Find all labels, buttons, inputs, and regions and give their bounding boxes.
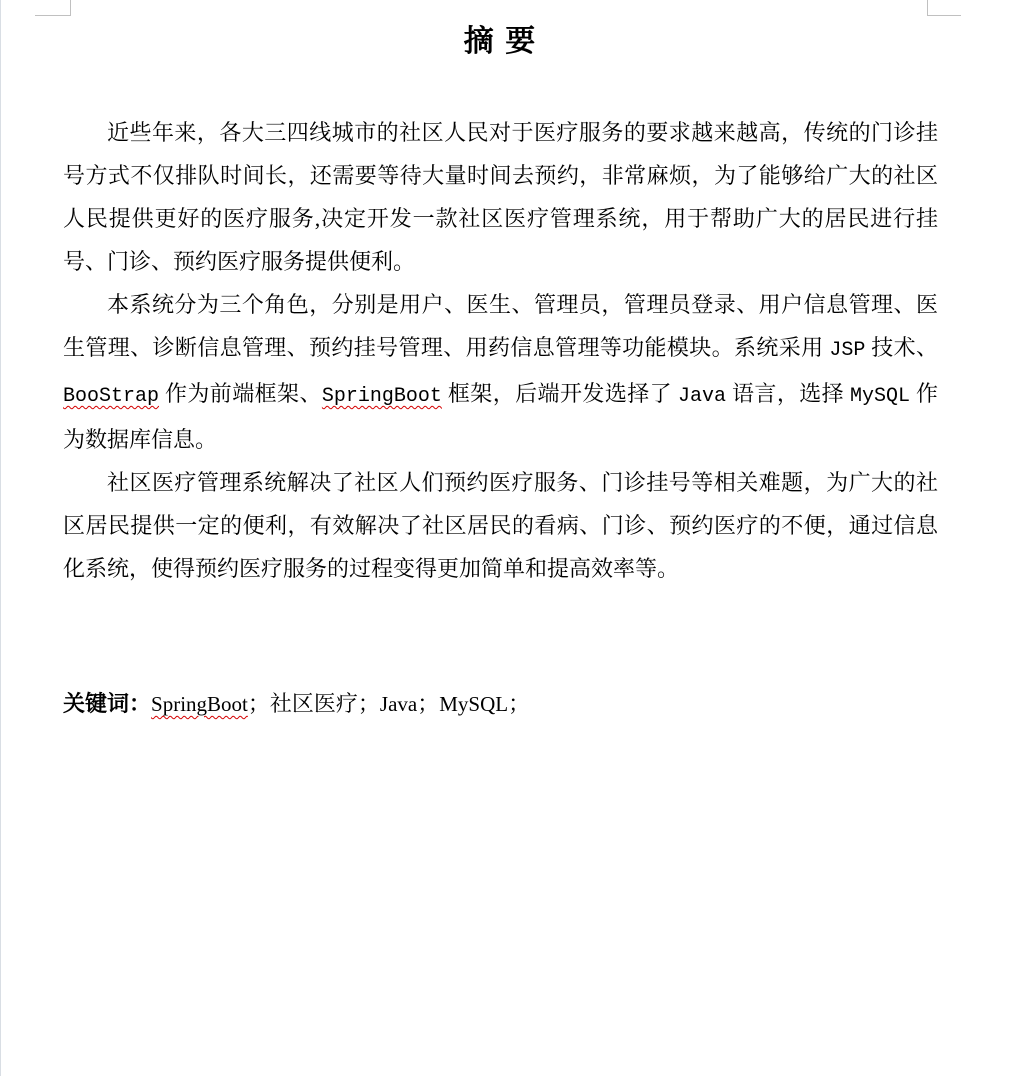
text-segment: BooStrap [63, 385, 159, 408]
text-segment: MySQL [850, 385, 910, 408]
abstract-paragraph-2: 本系统分为三个角色，分别是用户、医生、管理员，管理员登录、用户信息管理、医生管理… [63, 283, 938, 461]
text-segment: MySQL [439, 692, 508, 716]
text-segment: ；社区医疗； [248, 691, 380, 716]
margin-crop-mark-top-right [927, 0, 961, 16]
text-segment: 框架，后端开发选择了 [442, 381, 678, 406]
text-segment: JSP [829, 339, 865, 362]
text-segment: 社区医疗管理系统解决了社区人们预约医疗服务、门诊挂号等相关难题，为广大的社区居民… [63, 470, 938, 581]
abstract-paragraph-1: 近些年来，各大三四线城市的社区人民对于医疗服务的要求越来越高，传统的门诊挂号方式… [63, 111, 938, 283]
abstract-paragraph-3: 社区医疗管理系统解决了社区人们预约医疗服务、门诊挂号等相关难题，为广大的社区居民… [63, 461, 938, 590]
text-segment: 近些年来，各大三四线城市的社区人民对于医疗服务的要求越来越高，传统的门诊挂号方式… [63, 120, 938, 274]
margin-crop-mark-top-left [35, 0, 71, 16]
text-segment: 本系统分为三个角色，分别是用户、医生、管理员，管理员登录、用户信息管理、医生管理… [63, 292, 938, 360]
text-segment: SpringBoot [151, 692, 248, 716]
text-segment: ； [417, 691, 439, 716]
abstract-content: 摘 要 近些年来，各大三四线城市的社区人民对于医疗服务的要求越来越高，传统的门诊… [63, 22, 938, 726]
abstract-title: 摘 要 [63, 22, 938, 62]
text-segment: 作为前端框架、 [159, 381, 322, 406]
text-segment: SpringBoot [322, 385, 442, 408]
text-segment: ； [508, 691, 530, 716]
text-segment: Java [380, 692, 417, 716]
keywords-line: 关键词：SpringBoot；社区医疗；Java；MySQL； [63, 682, 938, 726]
keywords-label: 关键词： [63, 691, 151, 716]
text-segment: 语言，选择 [726, 381, 850, 406]
page-left-edge-line [0, 0, 1, 1076]
document-page: 摘 要 近些年来，各大三四线城市的社区人民对于医疗服务的要求越来越高，传统的门诊… [0, 0, 1027, 1076]
text-segment: 技术、 [865, 335, 938, 360]
keywords-content: SpringBoot；社区医疗；Java；MySQL； [151, 691, 530, 716]
text-segment: Java [678, 385, 726, 408]
